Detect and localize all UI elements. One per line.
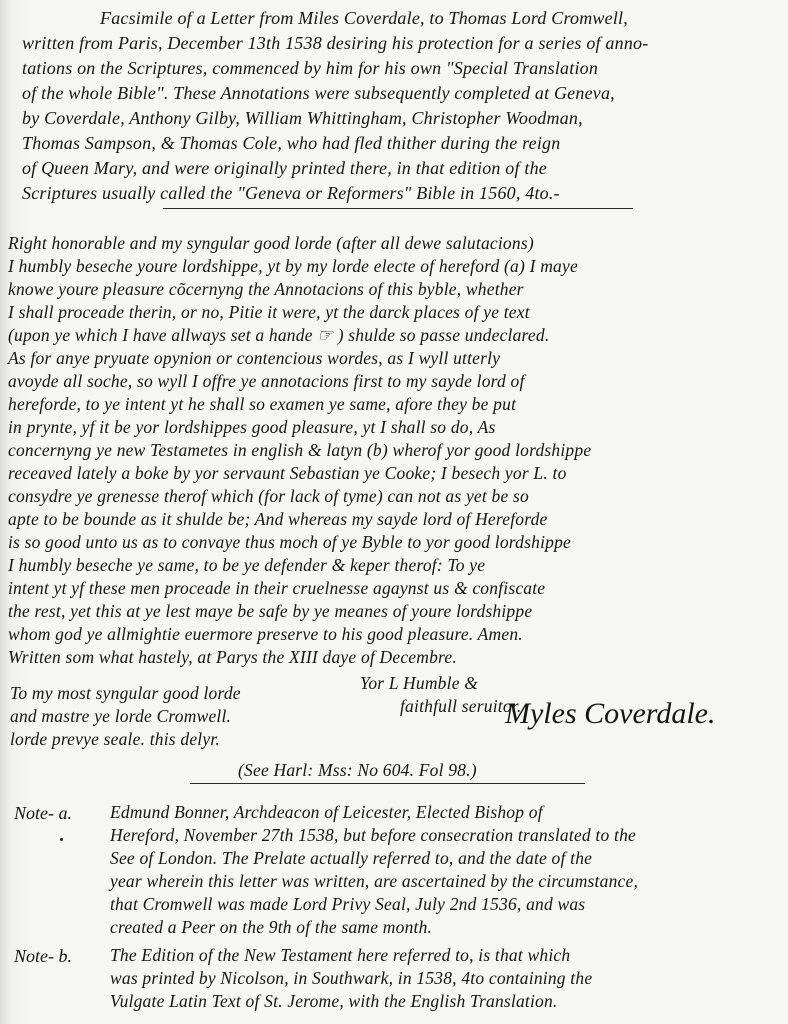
note-label: Note- b. (14, 946, 72, 967)
note-line: The Edition of the New Testament here re… (110, 945, 570, 966)
address-line: To my most syngular good lorde (10, 683, 241, 704)
closing-line: faithfull seruitor. (400, 696, 521, 717)
separator-rule (190, 783, 585, 784)
bullet-dot (60, 838, 63, 841)
letter-line: is so good unto us as to convaye thus mo… (8, 532, 571, 553)
letter-line: the rest, yet this at ye lest maye be sa… (8, 601, 532, 622)
note-label: Note- a. (14, 803, 72, 824)
header-line: Scriptures usually called the "Geneva or… (22, 183, 560, 204)
letter-line: in prynte, yf it be yor lordshippes good… (8, 417, 495, 438)
letter-line: apte to be bounde as it shulde be; And w… (8, 509, 548, 530)
note-line: See of London. The Prelate actually refe… (110, 848, 592, 869)
letter-line: intent yt yf these men proceade in their… (8, 578, 545, 599)
letter-line: I humbly beseche ye same, to be ye defen… (8, 555, 485, 576)
letter-line: knowe youre pleasure cõcernyng the Annot… (8, 279, 524, 300)
note-line: Vulgate Latin Text of St. Jerome, with t… (110, 991, 558, 1012)
closing-line: Yor L Humble & (360, 673, 478, 694)
letter-line: consydre ye grenesse therof which (for l… (8, 486, 529, 507)
letter-line: I humbly beseche youre lordshippe, yt by… (8, 256, 578, 277)
note-line: Edmund Bonner, Archdeacon of Leicester, … (110, 802, 543, 823)
letter-line: As for anye pryuate opynion or contencio… (8, 348, 500, 369)
letter-line: receaved lately a boke by yor servaunt S… (8, 463, 567, 484)
letter-line: concernyng ye new Testametes in english … (8, 440, 591, 461)
header-line: written from Paris, December 13th 1538 d… (22, 33, 648, 54)
header-line: Thomas Sampson, & Thomas Cole, who had f… (22, 133, 560, 154)
note-line: year wherein this letter was written, ar… (110, 871, 638, 892)
note-line: created a Peer on the 9th of the same mo… (110, 917, 432, 938)
header-line: of Queen Mary, and were originally print… (22, 158, 547, 179)
header-line: Facsimile of a Letter from Miles Coverda… (100, 8, 628, 29)
header-line: of the whole Bible". These Annotations w… (22, 83, 615, 104)
letter-line: hereforde, to ye intent yt he shall so e… (8, 394, 516, 415)
letter-line: avoyde all soche, so wyll I offre ye ann… (8, 371, 525, 392)
note-line: was printed by Nicolson, in Southwark, i… (110, 968, 592, 989)
address-line: and mastre ye lorde Cromwell. (10, 706, 231, 727)
header-line: by Coverdale, Anthony Gilby, William Whi… (22, 108, 583, 129)
letter-line: (upon ye which I have allways set a hand… (8, 325, 549, 346)
letter-line: Right honorable and my syngular good lor… (8, 233, 534, 254)
address-line: lorde prevye seale. this delyr. (10, 729, 220, 750)
letter-line: Written som what hastely, at Parys the X… (8, 647, 457, 668)
note-line: Hereford, November 27th 1538, but before… (110, 825, 636, 846)
header-line: tations on the Scriptures, commenced by … (22, 58, 598, 79)
manuscript-reference: (See Harl: Mss: No 604. Fol 98.) (238, 760, 477, 781)
separator-rule (163, 208, 633, 209)
signature: Myles Coverdale. (505, 697, 715, 731)
letter-line: whom god ye allmightie euermore preserve… (8, 624, 523, 645)
note-line: that Cromwell was made Lord Privy Seal, … (110, 894, 585, 915)
letter-line: I shall proceade therin, or no, Pitie it… (8, 302, 530, 323)
